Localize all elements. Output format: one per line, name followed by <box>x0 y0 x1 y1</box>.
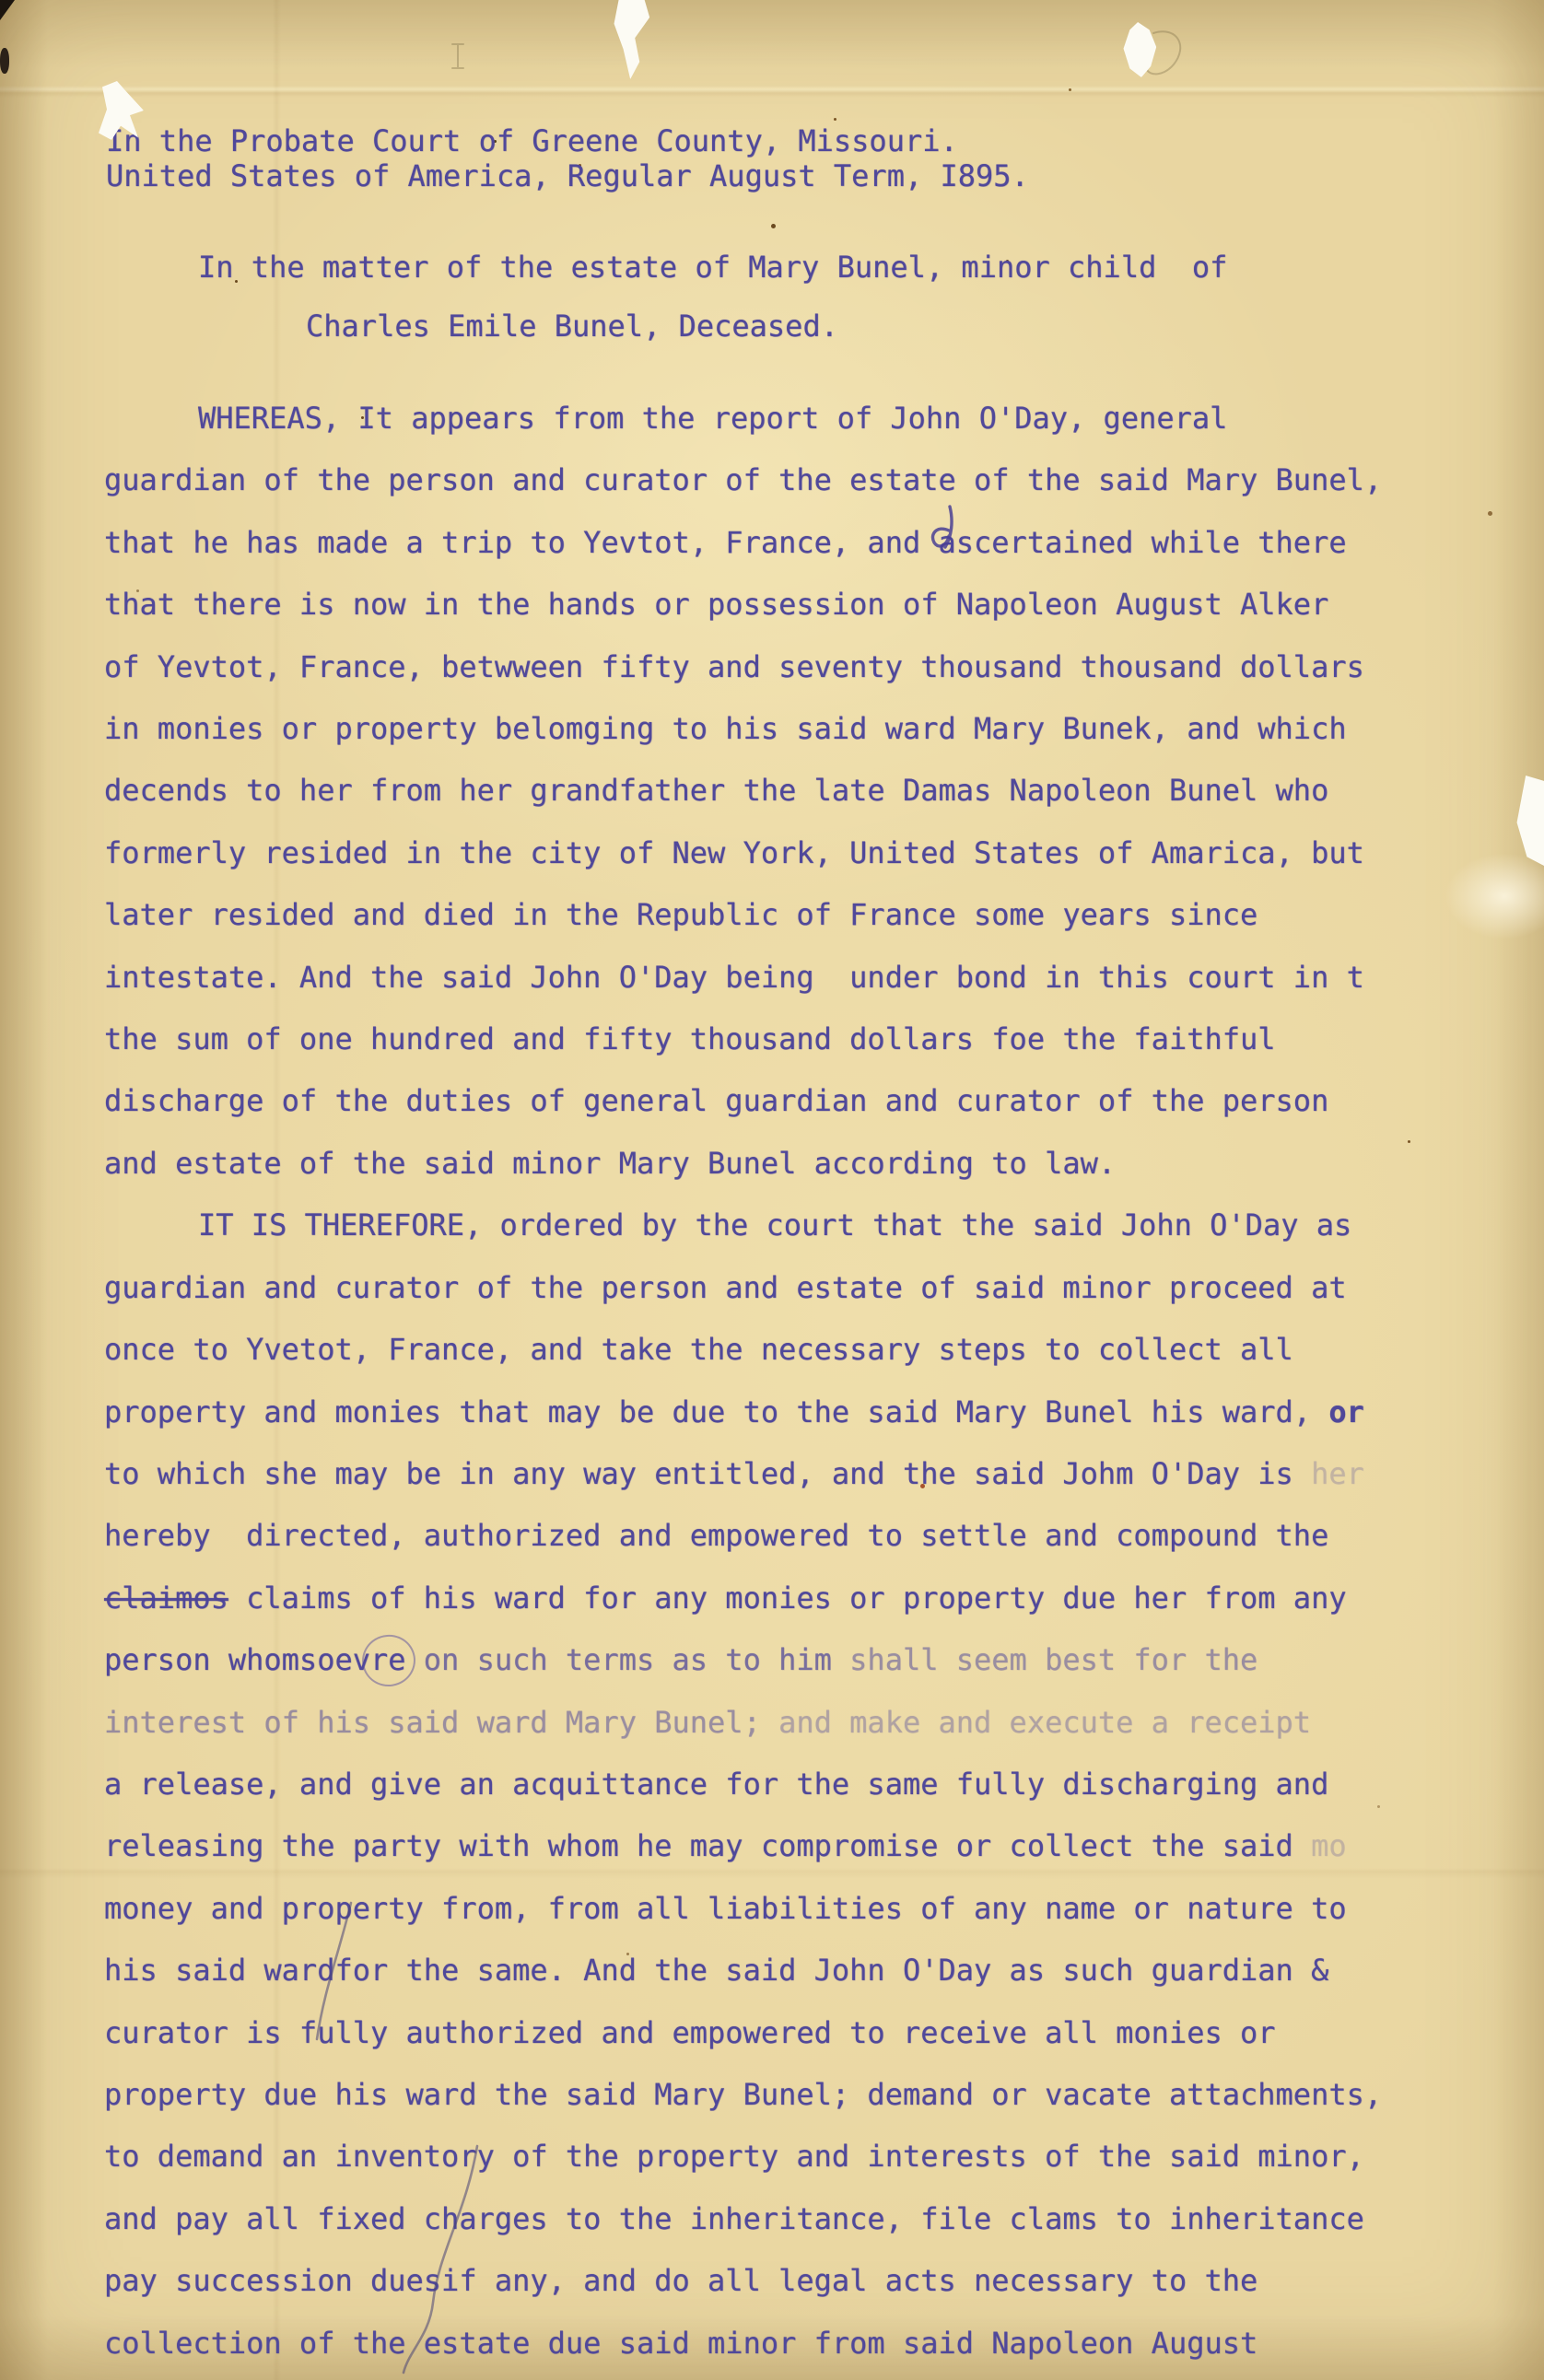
pencil-tick-top <box>452 44 463 68</box>
struck-word: claimos <box>104 1581 228 1616</box>
text-segment: intestate. And the said John O'Day being… <box>104 960 1364 995</box>
text-segment: hereby directed, authorized and empowere… <box>104 1518 1328 1553</box>
text-line: In the Probate Court of Greene County, M… <box>106 123 1029 158</box>
text-segment: that he has made a trip to Yevtot, Franc… <box>104 525 1347 560</box>
text-segment: WHEREAS, It appears from the report of J… <box>198 401 1227 436</box>
paper-tear-top-center <box>612 0 650 79</box>
text-segment: in monies or property belomging to his s… <box>104 711 1347 746</box>
text-line: formerly resided in the city of New York… <box>104 822 1382 884</box>
text-line: Charles Emile Bunel, Deceased. <box>198 308 1227 344</box>
text-segment: decends to her from her grandfather the … <box>104 773 1328 808</box>
worn-spot <box>1445 853 1544 939</box>
text-segment: re <box>370 1642 406 1677</box>
text-segment: a release, and give an acquittance for t… <box>104 1767 1328 1802</box>
text-line: WHEREAS, It appears from the report of J… <box>104 388 1382 449</box>
text-line: a release, and give an acquittance for t… <box>104 1754 1382 1815</box>
text-segment: property due his ward the said Mary Bune… <box>104 2077 1382 2112</box>
text-segment: her <box>1311 1456 1364 1491</box>
text-segment: and make and execute a receipt <box>778 1705 1311 1740</box>
text-line: collection of the estate due said minor … <box>104 2313 1382 2374</box>
text-segment: curator is fully authorized and empowere… <box>104 2015 1276 2050</box>
edge-dark-mark <box>0 48 9 74</box>
text-line: in monies or property belomging to his s… <box>104 698 1382 760</box>
court-header: In the Probate Court of Greene County, M… <box>106 123 1029 193</box>
text-segment: releasing the party with whom he may com… <box>104 1828 1293 1863</box>
text-segment: interest of his said ward Mary Bunel; <box>104 1705 778 1740</box>
text-line: money and property from, from all liabil… <box>104 1878 1382 1940</box>
text-segment: person whomsoev <box>104 1642 370 1677</box>
text-segment: on such terms as to him <box>406 1642 850 1677</box>
text-segment: to demand an inventory of the property a… <box>104 2139 1364 2174</box>
text-line: IT IS THEREFORE, ordered by the court th… <box>104 1195 1382 1256</box>
text-line: intestate. And the said John O'Day being… <box>104 947 1382 1009</box>
text-line: the sum of one hundred and fifty thousan… <box>104 1009 1382 1070</box>
text-line: property due his ward the said Mary Bune… <box>104 2064 1382 2126</box>
text-segment: or <box>1328 1394 1364 1429</box>
text-line: later resided and died in the Republic o… <box>104 884 1382 946</box>
text-segment: money and property from, from all liabil… <box>104 1891 1347 1926</box>
text-segment: and estate of the said minor Mary Bunel … <box>104 1146 1116 1181</box>
text-line: person whomsoevre on such terms as to hi… <box>104 1629 1382 1691</box>
text-line: decends to her from her grandfather the … <box>104 760 1382 822</box>
text-line: to which she may be in any way entitled,… <box>104 1443 1382 1505</box>
text-line: of Yevtot, France, betwween fifty and se… <box>104 636 1382 698</box>
text-segment: collection of the estate due said minor … <box>104 2326 1257 2361</box>
text-line: that there is now in the hands or posses… <box>104 574 1382 636</box>
text-segment: discharge of the duties of general guard… <box>104 1083 1328 1118</box>
text-segment: formerly resided in the city of New York… <box>104 835 1364 870</box>
text-line: pay succession duesif any, and do all le… <box>104 2250 1382 2312</box>
text-line: releasing the party with whom he may com… <box>104 1815 1382 1877</box>
paper-tear-top-right <box>1122 22 1157 77</box>
text-line: to demand an inventory of the property a… <box>104 2126 1382 2187</box>
text-line: guardian and curator of the person and e… <box>104 1257 1382 1319</box>
text-segment: Charles Emile Bunel, Deceased. <box>306 309 838 344</box>
text-segment: property and monies that may be due to t… <box>104 1394 1328 1429</box>
text-line: that he has made a trip to Yevtot, Franc… <box>104 512 1382 574</box>
text-segment: shall seem best for the <box>849 1642 1257 1677</box>
text-segment: his said wardfor the same. And the said … <box>104 1953 1328 1988</box>
text-segment: and pay all fixed charges to the inherit… <box>104 2201 1364 2236</box>
text-line: hereby directed, authorized and empowere… <box>104 1505 1382 1567</box>
document-page: In the Probate Court of Greene County, M… <box>0 0 1544 2380</box>
text-segment: of Yevtot, France, betwween fifty and se… <box>104 649 1364 684</box>
text-segment: mo <box>1293 1828 1347 1863</box>
text-segment: that there is now in the hands or posses… <box>104 587 1328 622</box>
text-segment: IT IS THEREFORE, ordered by the court th… <box>198 1207 1351 1242</box>
text-line: and estate of the said minor Mary Bunel … <box>104 1133 1382 1195</box>
text-line: discharge of the duties of general guard… <box>104 1070 1382 1132</box>
text-line: United States of America, Regular August… <box>106 158 1029 193</box>
text-line: curator is fully authorized and empowere… <box>104 2002 1382 2064</box>
text-segment: claims of his ward for any monies or pro… <box>228 1581 1347 1616</box>
text-line: his said wardfor the same. And the said … <box>104 1940 1382 2001</box>
text-segment: to which she may be in any way entitled,… <box>104 1456 1311 1491</box>
text-line: once to Yvetot, France, and take the nec… <box>104 1319 1382 1381</box>
case-caption: In the matter of the estate of Mary Bune… <box>198 249 1227 344</box>
text-segment: In the Probate Court of Greene County, M… <box>106 123 958 158</box>
text-line: claimos claims of his ward for any monie… <box>104 1568 1382 1629</box>
text-segment: once to Yvetot, France, and take the nec… <box>104 1332 1293 1367</box>
text-line: property and monies that may be due to t… <box>104 1382 1382 1443</box>
order-body: WHEREAS, It appears from the report of J… <box>104 388 1382 2374</box>
text-segment: pay succession duesif any, and do all le… <box>104 2263 1257 2298</box>
text-segment: United States of America, Regular August… <box>106 158 1029 193</box>
text-line: and pay all fixed charges to the inherit… <box>104 2188 1382 2250</box>
dark-corner-shadow <box>0 0 15 20</box>
text-line: guardian of the person and curator of th… <box>104 449 1382 511</box>
text-segment: In the matter of the estate of Mary Bune… <box>198 250 1227 285</box>
text-line: In the matter of the estate of Mary Bune… <box>198 249 1227 286</box>
text-segment: guardian of the person and curator of th… <box>104 462 1382 497</box>
text-segment: guardian and curator of the person and e… <box>104 1270 1347 1305</box>
text-line: interest of his said ward Mary Bunel; an… <box>104 1692 1382 1754</box>
text-segment: later resided and died in the Republic o… <box>104 897 1257 932</box>
text-segment: the sum of one hundred and fifty thousan… <box>104 1021 1276 1056</box>
